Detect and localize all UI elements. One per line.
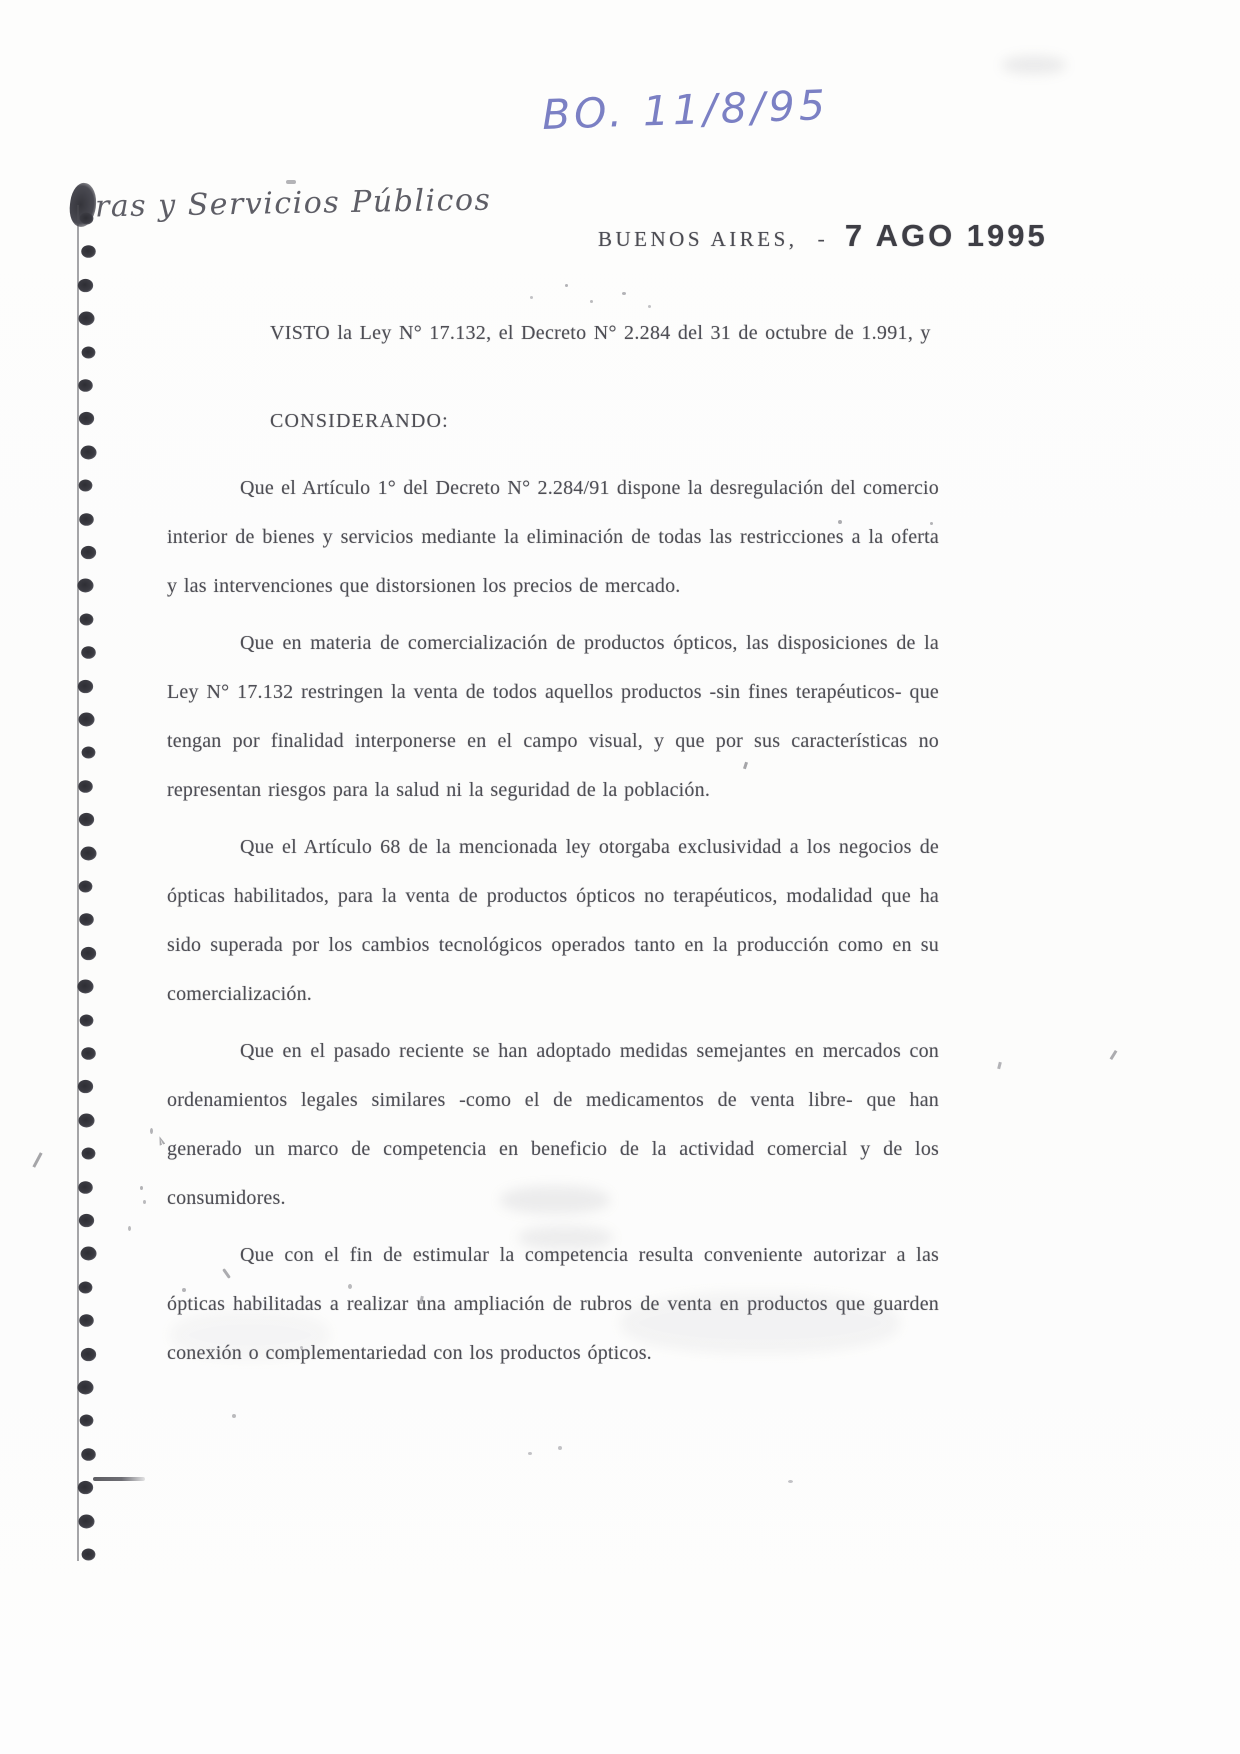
- binding-hole: [78, 279, 93, 292]
- spiral-binding: [79, 212, 99, 1562]
- binding-hole: [79, 881, 93, 893]
- scan-speck: [143, 1200, 146, 1204]
- scan-speck: [32, 1152, 42, 1168]
- scan-speck: [128, 1226, 131, 1231]
- binding-hole: [81, 1347, 96, 1360]
- binding-hole: [82, 1549, 96, 1561]
- scan-speck: [1110, 1050, 1118, 1060]
- binding-hole: [81, 1047, 96, 1060]
- scan-speck: [788, 1480, 793, 1483]
- binding-hole: [79, 1281, 93, 1293]
- scan-speck: [565, 284, 568, 287]
- binding-hole: [80, 1415, 94, 1427]
- scanned-document-page: BO. 11/8/95 ras y Servicios Públicos BUE…: [0, 0, 1240, 1754]
- binding-hole: [77, 1381, 93, 1395]
- scan-speck: [286, 180, 296, 184]
- binding-hole: [78, 679, 93, 692]
- binding-hole: [80, 1014, 94, 1026]
- binding-hole: [79, 412, 94, 425]
- scan-smudge: [1002, 56, 1066, 74]
- binding-hole: [78, 780, 93, 793]
- binding-hole: [81, 1448, 96, 1461]
- scan-smudge: [170, 1310, 330, 1360]
- scan-smudge: [620, 1292, 900, 1354]
- scan-speck: [140, 1186, 143, 1190]
- handwritten-annotation: BO. 11/8/95: [541, 81, 829, 139]
- binding-hole: [78, 1080, 93, 1093]
- scan-speck: [648, 305, 651, 308]
- binding-hole: [78, 713, 94, 727]
- scan-speck: [930, 522, 933, 525]
- binding-hole: [80, 445, 96, 459]
- binding-hole: [82, 747, 96, 759]
- binding-hole: [78, 1181, 93, 1194]
- scan-dash: [93, 1477, 145, 1481]
- binding-hole: [81, 246, 96, 259]
- letterhead-script: ras y Servicios Públicos: [95, 183, 492, 225]
- scan-speck: [530, 296, 533, 299]
- binding-hole: [79, 480, 93, 492]
- binding-hole: [81, 947, 96, 960]
- scan-speck: [348, 1284, 352, 1289]
- binding-hole: [78, 1113, 94, 1127]
- date-stamp: 7 AGO 1995: [845, 218, 1048, 254]
- scan-speck: [590, 300, 593, 303]
- scan-speck: [838, 520, 842, 524]
- binding-hole: [82, 1148, 96, 1160]
- binding-hole: [79, 1214, 94, 1227]
- binding-hole: [78, 1514, 94, 1528]
- scan-speck: [232, 1414, 236, 1418]
- dateline: BUENOS AIRES, - 7 AGO 1995: [598, 218, 1048, 254]
- scan-speck: [622, 292, 626, 295]
- visto-clause: VISTO la Ley N° 17.132, el Decreto N° 2.…: [167, 318, 939, 348]
- binding-hole: [82, 346, 96, 358]
- body-paragraph: Que el Artículo 68 de la mencionada ley …: [167, 823, 939, 1019]
- binding-hole: [80, 846, 96, 860]
- scan-speck: [157, 1135, 166, 1146]
- scan-speck: [558, 1446, 562, 1450]
- binding-hole: [77, 579, 93, 593]
- dateline-city: BUENOS AIRES,: [598, 227, 798, 252]
- binding-hole: [80, 613, 94, 625]
- scan-speck: [150, 1128, 153, 1134]
- binding-hole: [78, 1481, 93, 1494]
- binding-hole: [78, 379, 93, 392]
- binding-hole: [81, 646, 96, 659]
- scan-smudge: [500, 1186, 610, 1214]
- body-paragraph: Que en materia de comercialización de pr…: [167, 619, 939, 815]
- body-paragraph: Que el Artículo 1° del Decreto N° 2.284/…: [167, 464, 939, 611]
- binding-hole: [79, 813, 94, 826]
- dateline-separator: -: [818, 226, 825, 252]
- scan-smudge: [518, 1226, 613, 1250]
- binding-hole: [79, 513, 94, 526]
- scan-speck: [997, 1062, 1002, 1070]
- binding-hole: [80, 1247, 96, 1261]
- binding-hole: [78, 312, 94, 326]
- considerando-heading: CONSIDERANDO:: [270, 410, 449, 433]
- binding-hole: [79, 1314, 94, 1327]
- scan-speck: [528, 1452, 532, 1455]
- scan-speck: [182, 1288, 186, 1292]
- binding-hole: [80, 213, 94, 225]
- binding-hole: [81, 546, 96, 559]
- binding-hole: [77, 980, 93, 994]
- binding-hole: [79, 914, 94, 927]
